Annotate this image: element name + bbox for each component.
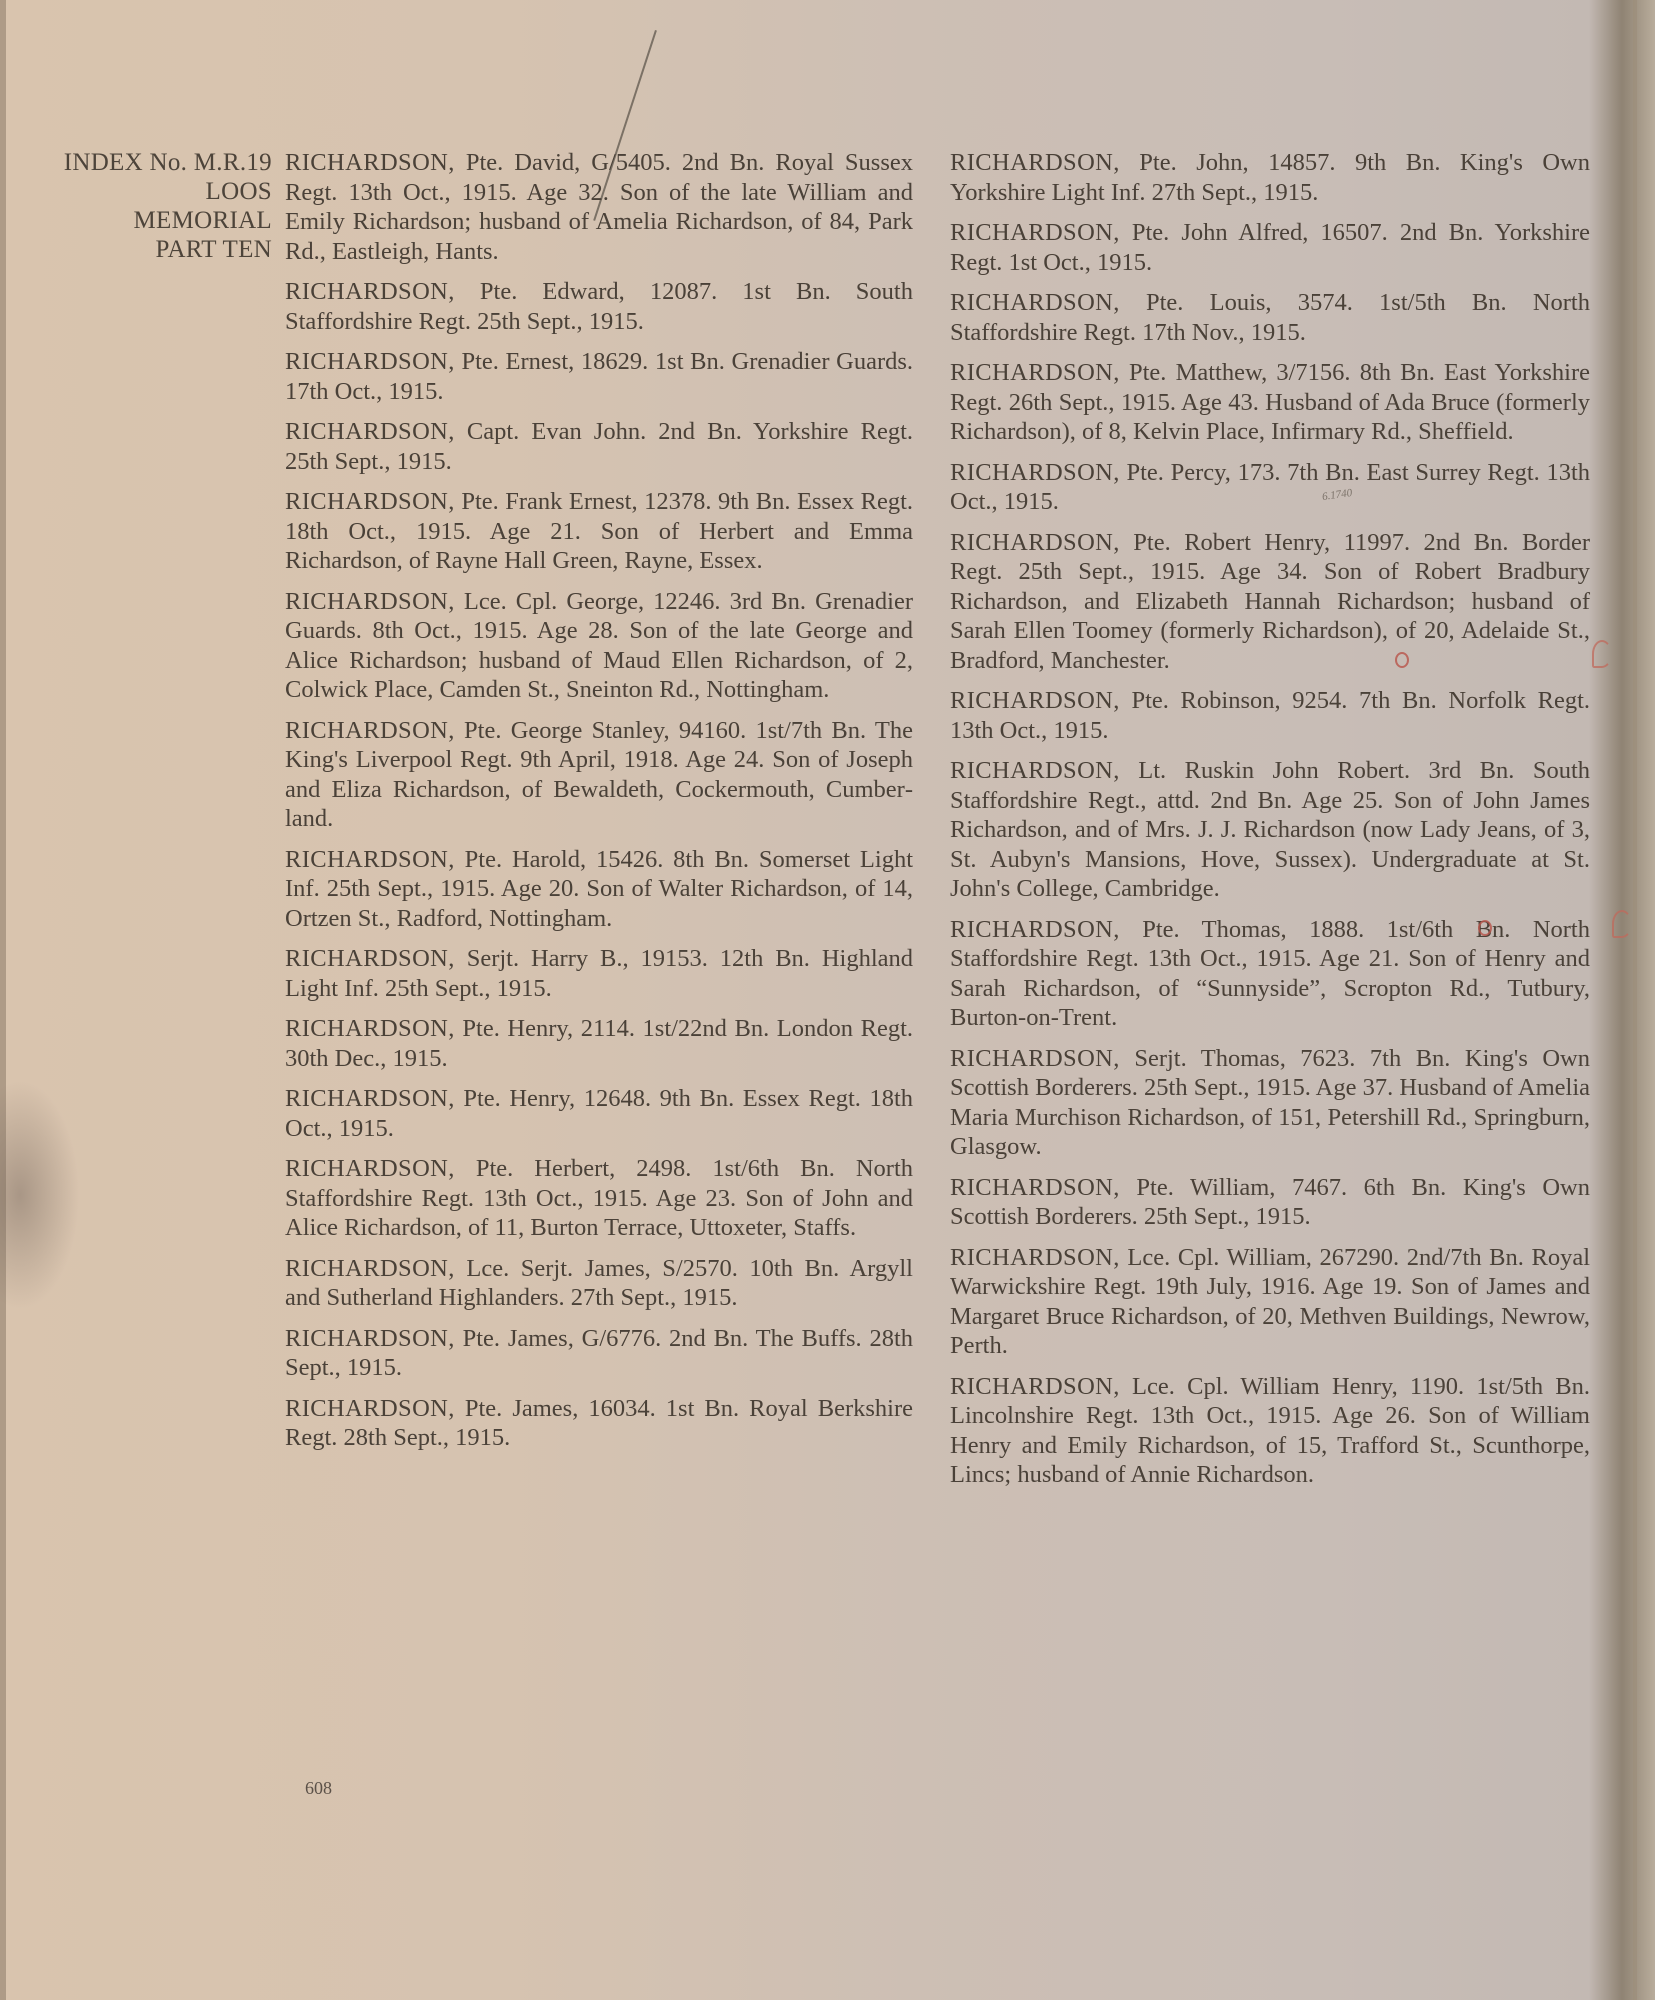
index-place: LOOS [10,177,272,206]
entry-surname: RICHARDSON, [285,945,455,972]
memorial-entry: RICHARDSON, Pte. Frank Ernest, 12378. 9t… [285,487,913,576]
entry-surname: RICHARDSON, [285,1085,455,1112]
entry-surname: RICHARDSON, [285,149,455,176]
entry-surname: RICHARDSON, [285,278,455,305]
entry-surname: RICHARDSON, [950,1244,1120,1271]
memorial-entry: RICHARDSON, Pte. James, 16034. 1st Bn. R… [285,1394,913,1453]
index-memorial: MEMORIAL [10,206,272,235]
memorial-entry: RICHARDSON, Lce. Serjt. James, S/2570. 1… [285,1254,913,1313]
red-margin-mark [1612,910,1632,938]
memorial-entry: RICHARDSON, Pte. Louis, 3574. 1st/5th Bn… [950,288,1590,347]
red-circle-mark [1478,920,1492,936]
page-left-edge [0,0,6,2000]
entry-surname: RICHARDSON, [285,348,455,375]
entry-surname: RICHARDSON, [950,359,1120,386]
right-column: RICHARDSON, Pte. John, 14857. 9th Bn. Ki… [950,148,1590,1501]
entry-surname: RICHARDSON, [950,757,1120,784]
finger-shadow [0,1080,80,1310]
memorial-entry: RICHARDSON, Pte. John, 14857. 9th Bn. Ki… [950,148,1590,207]
index-part: PART TEN [10,235,272,264]
memorial-entry: RICHARDSON, Pte. Henry, 2114. 1st/22nd B… [285,1014,913,1073]
entry-surname: RICHARDSON, [950,1373,1120,1400]
memorial-entry: RICHARDSON, Lt. Ruskin John Robert. 3rd … [950,756,1590,904]
memorial-entry: RICHARDSON, Pte. Ernest, 18629. 1st Bn. … [285,347,913,406]
entry-surname: RICHARDSON, [950,916,1120,943]
entry-surname: RICHARDSON, [950,219,1120,246]
entry-surname: RICHARDSON, [950,529,1120,556]
memorial-entry: RICHARDSON, Pte. Edward, 12087. 1st Bn. … [285,277,913,336]
entry-surname: RICHARDSON, [285,1325,455,1352]
memorial-entry: RICHARDSON, Lce. Cpl. George, 12246. 3rd… [285,587,913,705]
memorial-entry: RICHARDSON, Serjt. Harry B., 19153. 12th… [285,944,913,1003]
index-number: INDEX No. M.R.19 [10,148,272,177]
memorial-entry: RICHARDSON, Pte. Percy, 173. 7th Bn. Eas… [950,458,1590,517]
entry-surname: RICHARDSON, [285,846,455,873]
entry-surname: RICHARDSON, [285,1015,455,1042]
entry-surname: RICHARDSON, [950,459,1120,486]
entry-surname: RICHARDSON, [950,149,1120,176]
memorial-entry: RICHARDSON, Pte. Thomas, 1888. 1st/6th B… [950,915,1590,1033]
entry-surname: RICHARDSON, [285,717,455,744]
entry-surname: RICHARDSON, [950,687,1120,714]
left-column: RICHARDSON, Pte. David, G/5405. 2nd Bn. … [285,148,913,1464]
memorial-register-page: INDEX No. M.R.19 LOOS MEMORIAL PART TEN … [0,0,1655,2000]
entry-surname: RICHARDSON, [285,1155,455,1182]
memorial-entry: RICHARDSON, Serjt. Thomas, 7623. 7th Bn.… [950,1044,1590,1162]
memorial-entry: RICHARDSON, Pte. Herbert, 2498. 1st/6th … [285,1154,913,1243]
memorial-entry: RICHARDSON, Pte. Harold, 15426. 8th Bn. … [285,845,913,934]
memorial-entry: RICHARDSON, Pte. Henry, 12648. 9th Bn. E… [285,1084,913,1143]
memorial-entry: RICHARDSON, Pte. William, 7467. 6th Bn. … [950,1173,1590,1232]
entry-surname: RICHARDSON, [285,418,455,445]
memorial-entry: RICHARDSON, Pte. George Stanley, 94160. … [285,716,913,834]
entry-surname: RICHARDSON, [285,1255,455,1282]
memorial-entry: RICHARDSON, Pte. Robinson, 9254. 7th Bn.… [950,686,1590,745]
entry-surname: RICHARDSON, [950,1045,1120,1072]
red-margin-mark [1592,640,1612,668]
entry-surname: RICHARDSON, [950,1174,1120,1201]
page-right-edge [1633,0,1637,2000]
memorial-entry: RICHARDSON, Pte. Matthew, 3/7156. 8th Bn… [950,358,1590,447]
memorial-entry: RICHARDSON, Lce. Cpl. William, 267290. 2… [950,1243,1590,1361]
entry-surname: RICHARDSON, [285,1395,455,1422]
index-label: INDEX No. M.R.19 LOOS MEMORIAL PART TEN [10,148,272,264]
memorial-entry: RICHARDSON, Pte. James, G/6776. 2nd Bn. … [285,1324,913,1383]
memorial-entry: RICHARDSON, Capt. Evan John. 2nd Bn. Yor… [285,417,913,476]
memorial-entry: RICHARDSON, Pte. John Alfred, 16507. 2nd… [950,218,1590,277]
entry-surname: RICHARDSON, [285,488,455,515]
memorial-entry: RICHARDSON, Pte. Robert Henry, 11997. 2n… [950,528,1590,676]
entry-surname: RICHARDSON, [285,588,455,615]
page-number: 608 [305,1778,332,1799]
entry-surname: RICHARDSON, [950,289,1120,316]
memorial-entry: RICHARDSON, Pte. David, G/5405. 2nd Bn. … [285,148,913,266]
red-circle-mark [1395,652,1409,668]
memorial-entry: RICHARDSON, Lce. Cpl. William Henry, 119… [950,1372,1590,1490]
